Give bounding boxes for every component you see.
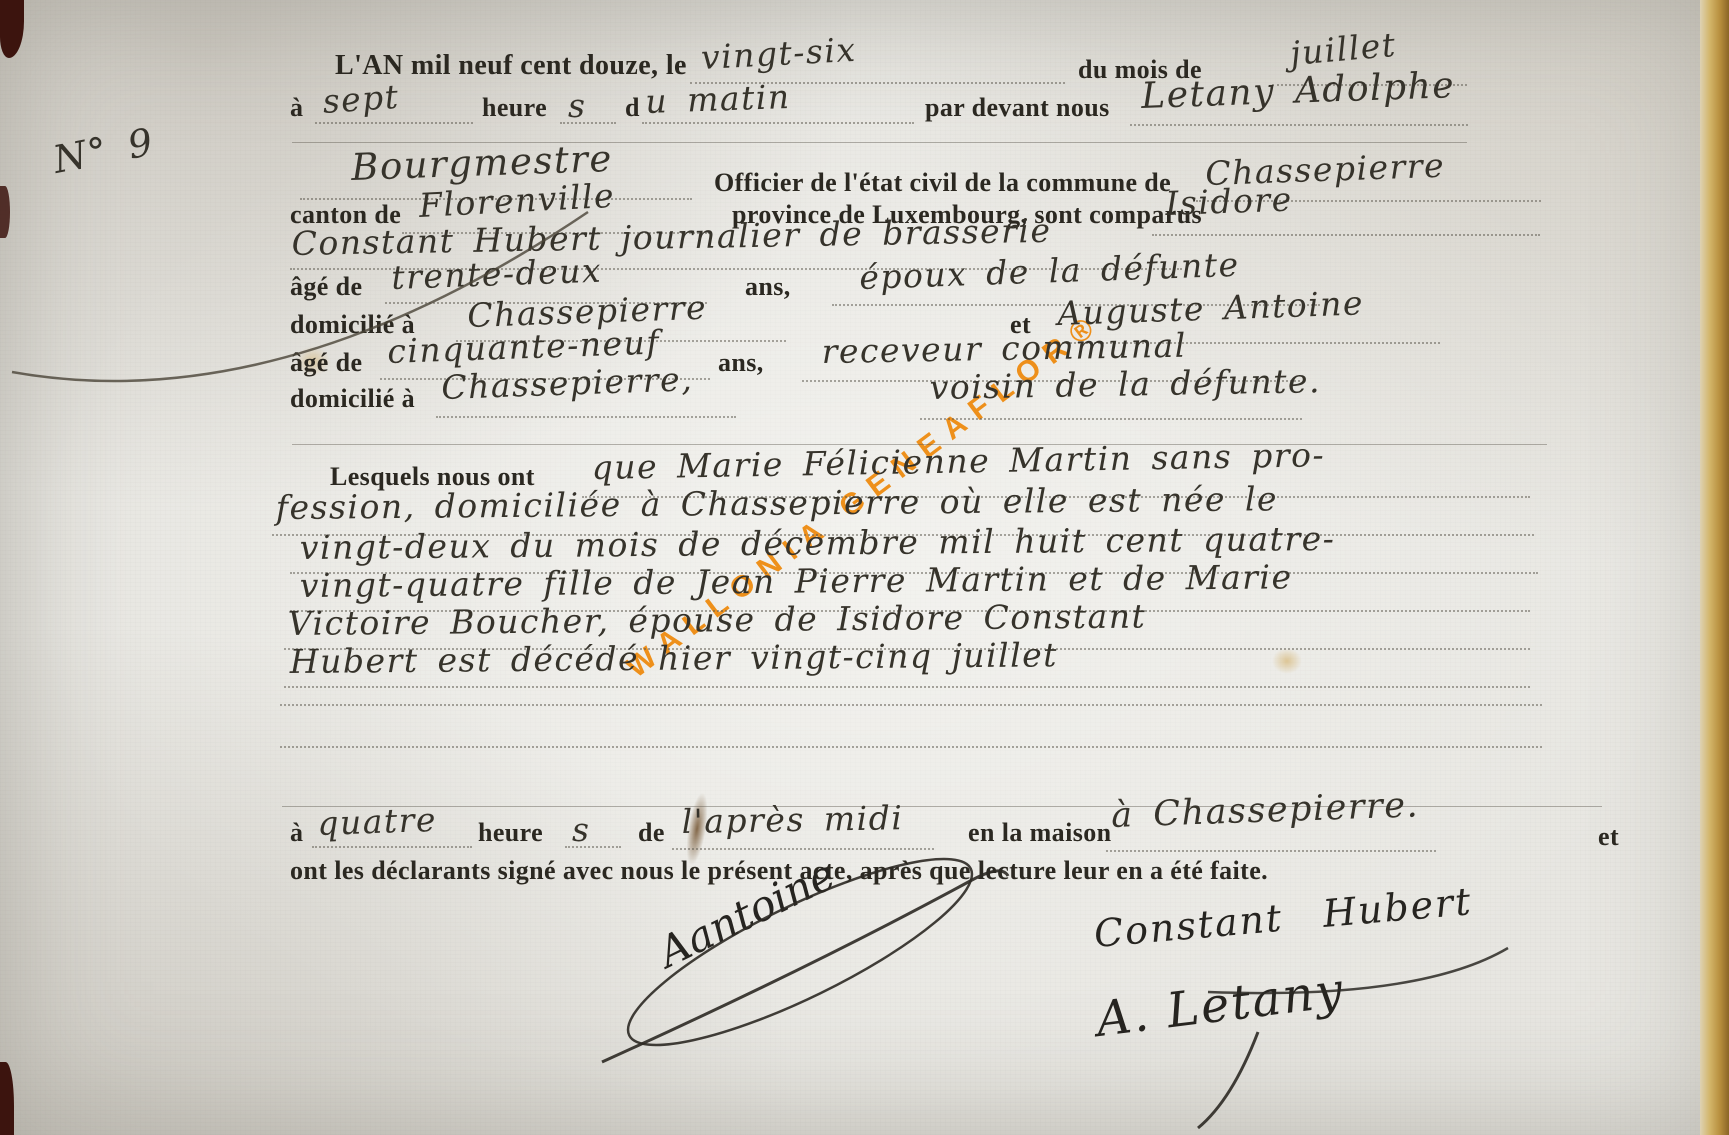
binding-mark-bottom-left	[0, 1062, 14, 1135]
printed-par-devant-nous: par devant nous	[925, 93, 1110, 123]
printed-closing-de: de	[638, 818, 665, 848]
entry-declarant2-name: Auguste Antoine	[1057, 283, 1365, 333]
margin-act-number: N° 9	[50, 119, 158, 182]
printed-en-la-maison: en la maison	[968, 818, 1111, 848]
signature-a-letany: A. Letany	[1093, 962, 1347, 1048]
entry-domicile2: Chassepierre,	[441, 359, 694, 407]
entry-closing-time: l'après midi	[681, 798, 903, 841]
entry-hour: sept	[321, 77, 400, 121]
entry-relation2: voisin de la défunte.	[929, 361, 1321, 407]
printed-officier-etat-civil: Officier de l'état civil de la commune d…	[714, 168, 1171, 198]
printed-ans-1: ans,	[745, 272, 791, 302]
printed-age-de-1: âgé de	[290, 272, 362, 302]
printed-ans-2: ans,	[718, 348, 764, 378]
death-register-page: WALLONIA GENEAFLOR® N° 9 L'AN mil neuf c…	[0, 0, 1729, 1135]
printed-a: à	[290, 93, 303, 123]
entry-du-matin: u matin	[645, 77, 792, 121]
printed-d: d	[625, 93, 640, 123]
printed-domicilie-a-2: domicilié à	[290, 384, 415, 414]
entry-heure-plural: s	[568, 86, 586, 125]
signature-constant-hubert: Constant Hubert	[1092, 879, 1474, 956]
entry-declaration-line6: Hubert est décédé hier vingt-cinq juille…	[290, 635, 1058, 681]
entry-closing-heure-plural: s	[572, 810, 590, 849]
printed-closing-et: et	[1598, 822, 1619, 852]
page-edge-right	[1700, 0, 1729, 1135]
entry-day: vingt-six	[700, 30, 857, 77]
printed-heure: heure	[482, 93, 547, 123]
entry-closing-hour: quatre	[317, 800, 438, 843]
binding-mark-top-left	[0, 0, 24, 58]
binding-mark-left	[0, 186, 10, 238]
entry-declarant1-firstname: Isidore	[1165, 180, 1294, 223]
printed-age-de-2: âgé de	[290, 348, 362, 378]
printed-closing-heure: heure	[478, 818, 543, 848]
paper-spot	[1272, 648, 1302, 674]
entry-closing-place: à Chassepierre.	[1111, 785, 1420, 836]
printed-closing-a: à	[290, 818, 303, 848]
entry-month: juillet	[1289, 25, 1398, 73]
entry-age1: trente-deux	[391, 251, 603, 297]
